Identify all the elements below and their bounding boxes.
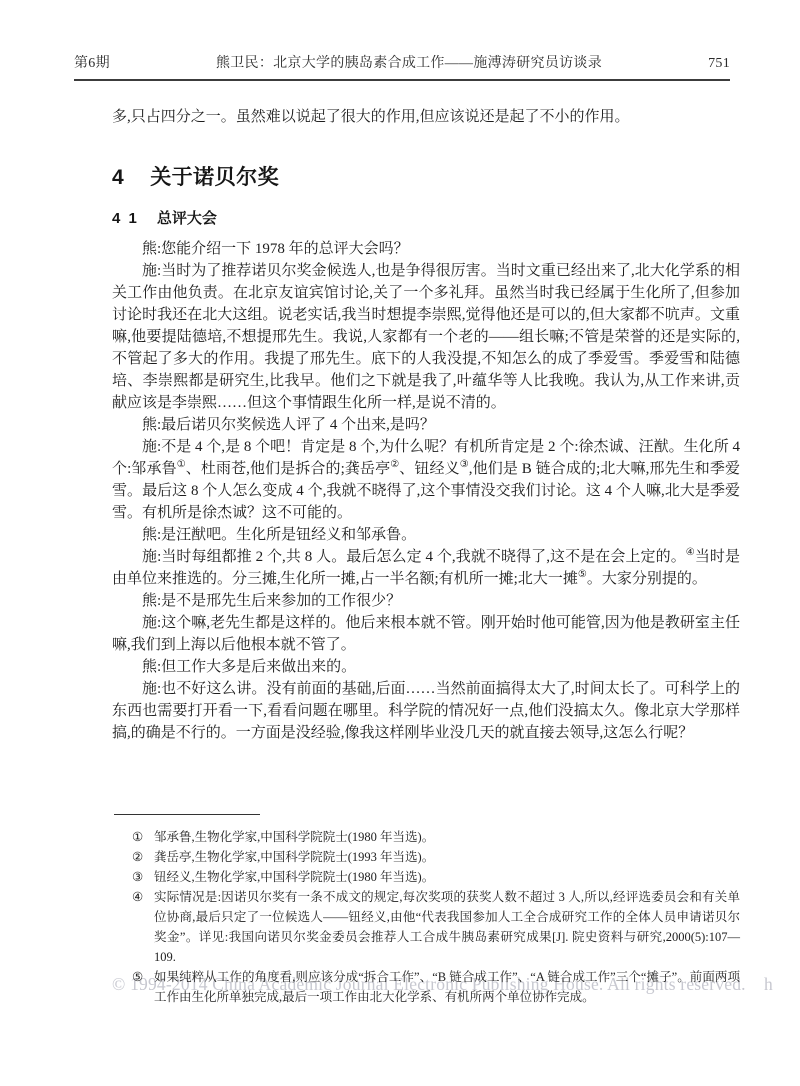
journal-page: 第6期 熊卫民：北京大学的胰岛素合成工作——施溥涛研究员访谈录 751 多,只占… (0, 0, 800, 1086)
footnote-list: ①邹承鲁,生物化学家,中国科学院院士(1980 年当选)。②龚岳亭,生物化学家,… (112, 827, 740, 1007)
subsection-title: 总评大会 (157, 210, 217, 227)
footnote-item: ①邹承鲁,生物化学家,中国科学院院士(1980 年当选)。 (112, 827, 740, 847)
footnote-marker: ⑤ (132, 967, 154, 1007)
interview-dialogue: 熊:您能介绍一下 1978 年的总评大会吗？施:当时为了推荐诺贝尔奖金候选人,也… (112, 238, 740, 744)
footnote-text: 如果纯粹从工作的角度看,则应该分成“拆合工作”、“B 链合成工作”、“A 链合成… (154, 967, 740, 1007)
footnote-ref: ④ (686, 547, 695, 558)
paragraph-continuation: 多,只占四分之一。虽然难以说起了很大的作用,但应该说还是起了不小的作用。 (112, 106, 740, 128)
running-title: 熊卫民：北京大学的胰岛素合成工作——施溥涛研究员访谈录 (110, 52, 708, 72)
issue-label: 第6期 (74, 52, 110, 72)
footnote-marker: ④ (132, 887, 154, 967)
page-number: 751 (708, 56, 730, 72)
footnote-block: ①邹承鲁,生物化学家,中国科学院院士(1980 年当选)。②龚岳亭,生物化学家,… (112, 814, 740, 1007)
dialogue-paragraph: 施:当时每组都推 2 个,共 8 人。最后怎么定 4 个,我就不晓得了,这不是在… (112, 546, 740, 590)
footnote-ref: ③ (460, 459, 469, 470)
footnote-marker: ① (132, 827, 154, 847)
footnote-item: ③钮经义,生物化学家,中国科学院院士(1980 年当选)。 (112, 867, 740, 887)
footnote-item: ②龚岳亭,生物化学家,中国科学院院士(1993 年当选)。 (112, 847, 740, 867)
footnote-marker: ② (132, 847, 154, 867)
running-header: 第6期 熊卫民：北京大学的胰岛素合成工作——施溥涛研究员访谈录 751 (74, 52, 730, 72)
dialogue-paragraph: 施:不是 4 个,是 8 个吧！肯定是 8 个,为什么呢？有机所肯定是 2 个:… (112, 436, 740, 524)
footnote-text: 钮经义,生物化学家,中国科学院院士(1980 年当选)。 (154, 867, 740, 887)
section-heading: 4关于诺贝尔奖 (112, 164, 740, 192)
subsection-number: 4 1 (112, 209, 139, 229)
footnote-marker: ③ (132, 867, 154, 887)
dialogue-paragraph: 熊:但工作大多是后来做出来的。 (112, 656, 740, 678)
subsection-heading: 4 1总评大会 (112, 209, 740, 229)
footnote-text: 实际情况是:因诺贝尔奖有一条不成文的规定,每次奖项的获奖人数不超过 3 人,所以… (154, 887, 740, 967)
footnote-item: ⑤如果纯粹从工作的角度看,则应该分成“拆合工作”、“B 链合成工作”、“A 链合… (112, 967, 740, 1007)
dialogue-paragraph: 施:也不好这么讲。没有前面的基础,后面……当然前面搞得太大了,时间太长了。可科学… (112, 678, 740, 744)
footnote-text: 龚岳亭,生物化学家,中国科学院院士(1993 年当选)。 (154, 847, 740, 867)
header-rule (74, 79, 730, 81)
section-title: 关于诺贝尔奖 (150, 166, 279, 189)
dialogue-paragraph: 熊:最后诺贝尔奖候选人评了 4 个出来,是吗？ (112, 414, 740, 436)
footnote-ref: ② (390, 459, 399, 470)
footnote-text: 邹承鲁,生物化学家,中国科学院院士(1980 年当选)。 (154, 827, 740, 847)
footnote-ref: ⑤ (578, 569, 587, 580)
section-number: 4 (112, 164, 124, 192)
dialogue-paragraph: 施:这个嘛,老先生都是这样的。他后来根本就不管。刚开始时他可能管,因为他是教研室… (112, 612, 740, 656)
footnote-ref: ① (177, 459, 186, 470)
dialogue-paragraph: 施:当时为了推荐诺贝尔奖金候选人,也是争得很厉害。当时文重已经出来了,北大化学系… (112, 260, 740, 414)
footnote-item: ④实际情况是:因诺贝尔奖有一条不成文的规定,每次奖项的获奖人数不超过 3 人,所… (112, 887, 740, 967)
article-body: 多,只占四分之一。虽然难以说起了很大的作用,但应该说还是起了不小的作用。 4关于… (112, 106, 740, 744)
footnote-separator (114, 814, 260, 815)
dialogue-paragraph: 熊:是汪猷吧。生化所是钮经义和邹承鲁。 (112, 524, 740, 546)
dialogue-paragraph: 熊:是不是邢先生后来参加的工作很少？ (112, 590, 740, 612)
dialogue-paragraph: 熊:您能介绍一下 1978 年的总评大会吗？ (112, 238, 740, 260)
